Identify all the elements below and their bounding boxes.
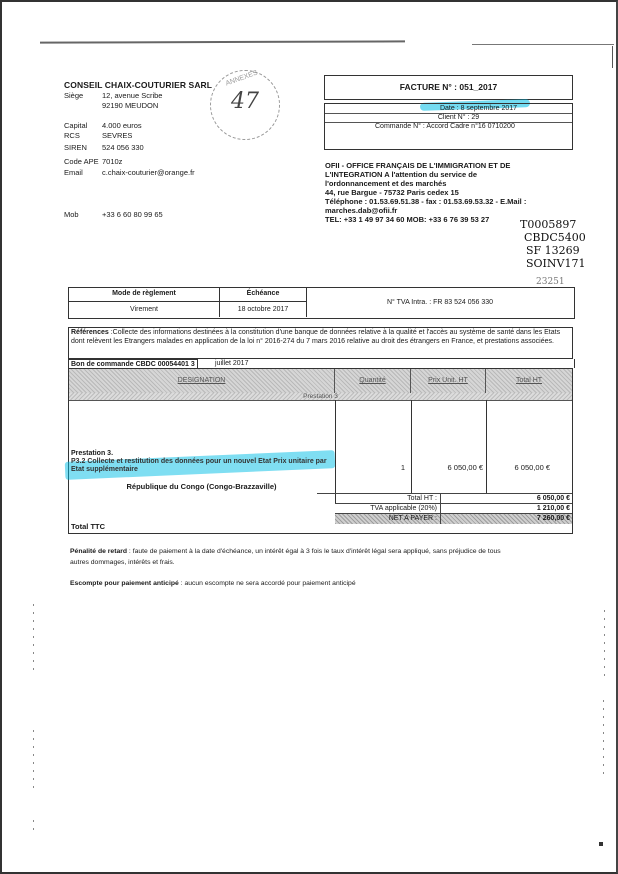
item-total: 6 050,00 € [486, 463, 550, 472]
column-designation: DESIGNATION [69, 369, 335, 393]
recipient-line: marches.dab@ofii.fr [325, 206, 585, 215]
invoice-date: Date : 8 septembre 2017 [325, 105, 572, 114]
company-field-city: 92190 MEUDON [64, 101, 158, 111]
handwritten-line: SOINV171 [520, 257, 586, 270]
recipient-line: L'INTEGRATION A l'attention du service d… [325, 170, 585, 179]
purchase-order-line: Bon de commande CBDC 00054401 3 juillet … [68, 359, 575, 368]
column-divider [335, 400, 336, 503]
handwritten-notes: T0005897 CBDC5400 SF 13269 SOINV171 [520, 218, 586, 270]
column-total: Total HT [486, 369, 572, 393]
late-penalty-text: : faute de paiement à la date d'échéance… [70, 548, 501, 566]
recipient-line: l'ordonnancement et des marchés [325, 179, 585, 188]
scan-artifact [33, 604, 34, 674]
recipient-address: OFII - OFFICE FRANÇAIS DE L'IMMIGRATION … [325, 161, 585, 224]
company-field-ape: Code APE7010z [64, 157, 122, 167]
scan-artifact [603, 700, 604, 780]
late-penalty-note: Pénalité de retard : faute de paiement à… [70, 546, 510, 568]
prestation-band: Prestation 3 [69, 393, 572, 401]
due-date-value: 18 octobre 2017 [220, 302, 307, 317]
invoice-table: DESIGNATION Quantité Prix Unit. HT Total… [68, 368, 573, 534]
stamp-number: 47 [231, 89, 259, 114]
company-name: CONSEIL CHAIX-COUTURIER SARL [64, 80, 212, 90]
item-description: P3.2 Collecte et restitution des données… [71, 458, 341, 474]
column-unit-price: Prix Unit. HT [411, 369, 486, 393]
net-to-pay-value: 7 260,00 € [537, 514, 570, 524]
total-ttc-label: Total TTC [71, 522, 105, 531]
references-label: Références [71, 329, 109, 336]
company-field-rcs: RCSSEVRES [64, 131, 132, 141]
order-number: Commande N° : Accord Cadre n°16 0710200 [325, 123, 572, 131]
invoice-number-box: FACTURE N° : 051_2017 [324, 75, 573, 100]
late-penalty-label: Pénalité de retard [70, 548, 127, 555]
invoice-meta-box: Date : 8 septembre 2017 Client N° : 29 C… [324, 103, 573, 150]
discount-label: Escompte pour paiement anticipé [70, 580, 179, 587]
company-field-mob: Mob+33 6 60 80 99 65 [64, 210, 163, 220]
payment-mode-label: Mode de règlement [69, 288, 220, 302]
recipient-line: OFII - OFFICE FRANÇAIS DE L'IMMIGRATION … [325, 161, 585, 170]
company-field-siren: SIREN524 056 330 [64, 143, 144, 153]
handwritten-line: SF 13269 [520, 244, 586, 257]
scan-top-rule-right [472, 44, 614, 45]
references-text: :Collecte des informations destinées à l… [71, 329, 560, 345]
company-field-capital: Capital4.000 euros [64, 121, 142, 131]
discount-note: Escompte pour paiement anticipé : aucun … [70, 578, 510, 589]
payment-table: Mode de règlement Virement Échéance 18 o… [68, 287, 575, 319]
scan-artifact [599, 842, 603, 846]
net-to-pay-row: NET A PAYER : 7 260,00 € [335, 513, 572, 524]
due-date-label: Échéance [220, 288, 307, 302]
company-field-siege: Siège12, avenue Scribe [64, 91, 162, 101]
column-divider [411, 400, 412, 493]
column-divider [486, 400, 487, 493]
vat-number: N° TVA Intra. : FR 83 524 056 330 [307, 288, 573, 317]
client-number: Client N° : 29 [325, 114, 572, 123]
stamp-text: ANNEXES [225, 69, 259, 87]
annexes-stamp: ANNEXES 47 [210, 70, 280, 140]
references-box: Références :Collecte des informations de… [68, 327, 573, 359]
recipient-line: 44, rue Bargue - 75732 Paris cedex 15 [325, 188, 585, 197]
discount-text: : aucun escompte ne sera accordé pour pa… [179, 580, 356, 587]
scan-artifact [604, 610, 605, 680]
recipient-line: Téléphone : 01.53.69.51.38 - fax : 01.53… [325, 197, 585, 206]
table-header: DESIGNATION Quantité Prix Unit. HT Total… [69, 369, 572, 394]
company-field-email: Emailc.chaix-couturier@orange.fr [64, 168, 195, 178]
handwritten-line: T0005897 [520, 218, 586, 231]
payment-mode-value: Virement [69, 302, 220, 317]
item-unit-price: 6 050,00 € [411, 463, 483, 472]
purchase-order-date: juillet 2017 [215, 359, 248, 368]
scan-artifact [33, 820, 34, 836]
scan-artifact [33, 730, 34, 790]
item-quantity: 1 [335, 463, 405, 472]
column-quantity: Quantité [335, 369, 411, 393]
scan-edge-mark [612, 46, 613, 68]
net-to-pay-label: NET A PAYER : [335, 514, 441, 524]
item-title: Prestation 3. [71, 450, 113, 457]
invoice-number: FACTURE N° : 051_2017 [325, 82, 572, 92]
handwritten-line: CBDC5400 [520, 231, 586, 244]
item-country: République du Congo (Congo-Brazzaville) [69, 482, 334, 491]
